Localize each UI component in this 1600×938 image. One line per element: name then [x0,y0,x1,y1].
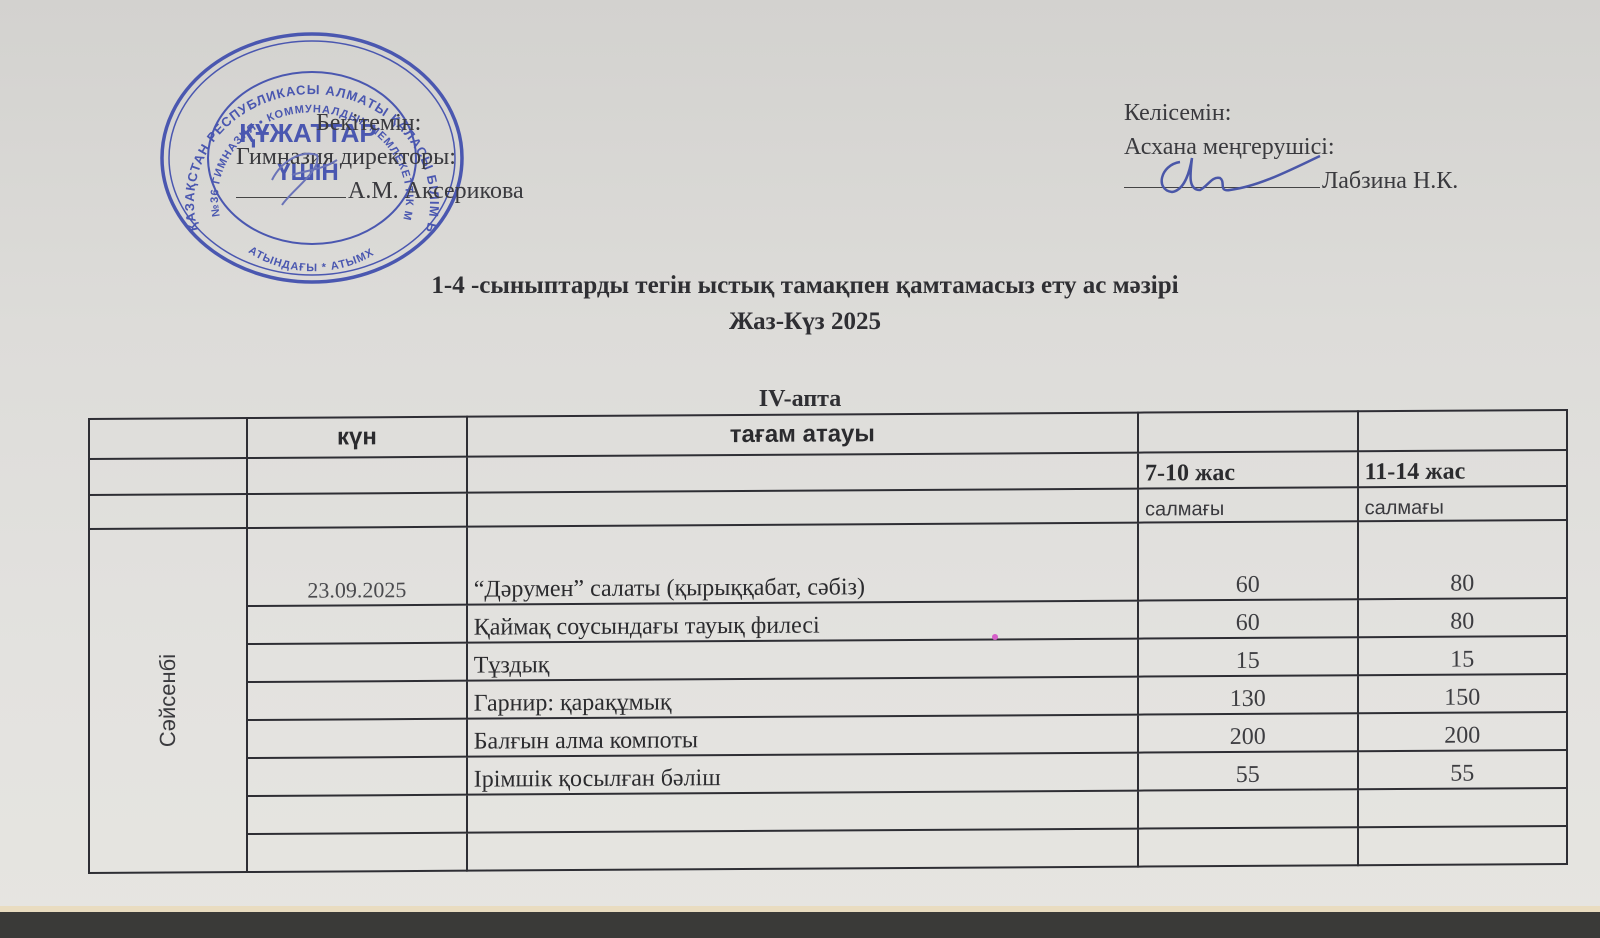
weight-7-10: 15 [1138,637,1358,676]
weekday-cell: Сәйсенбі [89,528,247,873]
menu-title-line1: 1-4 -сыныптарды тегін ыстық тамақпен қам… [300,268,1310,304]
header-cell-blank [1358,410,1567,451]
menu-title: 1-4 -сыныптарды тегін ыстық тамақпен қам… [300,268,1310,340]
background-surface [0,912,1600,938]
header-cell-blank [89,418,247,459]
date-cell-empty [247,833,467,872]
date-cell: 23.09.2025 [247,527,467,606]
week-label: IV-апта [700,386,900,413]
weight-11-14: 15 [1358,636,1567,675]
header-dish: тағам атауы [467,413,1138,457]
header-cell-blank [89,494,247,529]
dish-name: Балғын алма компоты [467,715,1138,757]
date-cell-empty [247,795,467,834]
header-weight-1: салмағы [1138,487,1358,522]
date-cell-empty [247,719,467,758]
weight-11-14: 200 [1358,712,1567,751]
canteen-signature-icon [1150,150,1330,200]
canteen-manager-name: Лабзина Н.К. [1322,168,1458,194]
menu-date: 23.09.2025 [307,577,406,603]
weight-11-14 [1358,826,1567,865]
table-row [89,826,1567,873]
header-cell-blank [467,489,1138,527]
date-cell-empty [247,681,467,720]
agreement-label: Келісемін: [1124,96,1458,130]
header-cell-blank [467,453,1138,493]
header-cell-blank [247,493,467,528]
dish-name: Тұздық [467,639,1138,681]
director-name: А.М. Аксерикова [348,178,524,204]
header-cell-blank [247,457,467,494]
header-day: күн [247,417,467,458]
weekday-label: Сәйсенбі [155,654,181,747]
dish-name: Гарнир: қарақұмық [467,677,1138,719]
weight-7-10: 55 [1138,751,1358,790]
header-cell-blank [1138,411,1358,452]
weight-7-10: 130 [1138,675,1358,714]
weight-7-10: 60 [1138,521,1358,600]
weight-7-10: 60 [1138,599,1358,638]
menu-season: Жаз-Күз 2025 [300,304,1310,340]
dish-name [467,829,1138,871]
menu-table: күн тағам атауы 7-10 жас 11-14 жас салма… [88,409,1568,874]
weight-11-14: 150 [1358,674,1567,713]
approval-label: Бекітемін: [236,106,524,140]
weight-7-10 [1138,827,1358,866]
weight-11-14: 55 [1358,750,1567,789]
date-cell-empty [247,643,467,682]
weight-11-14: 80 [1358,598,1567,637]
weight-11-14: 80 [1358,520,1567,599]
dish-name: “Дәрумен” салаты (қырыққабат, сәбіз) [467,523,1138,605]
dish-name: Ірімшік қосылған бәліш [467,753,1138,795]
header-cell-blank [89,458,247,495]
weight-7-10: 200 [1138,713,1358,752]
header-age-11-14: 11-14 жас [1358,450,1567,487]
director-signature-icon [262,140,342,210]
dish-name: Қаймақ соусындағы тауық филесі [467,601,1138,643]
weight-11-14 [1358,788,1567,827]
weight-7-10 [1138,789,1358,828]
date-cell-empty [247,757,467,796]
pink-mark [992,634,998,640]
date-cell-empty [247,605,467,644]
dish-name [467,791,1138,833]
header-age-7-10: 7-10 жас [1138,451,1358,488]
table-row: Сәйсенбі23.09.2025“Дәрумен” салаты (қыры… [89,520,1567,607]
header-weight-2: салмағы [1358,486,1567,521]
